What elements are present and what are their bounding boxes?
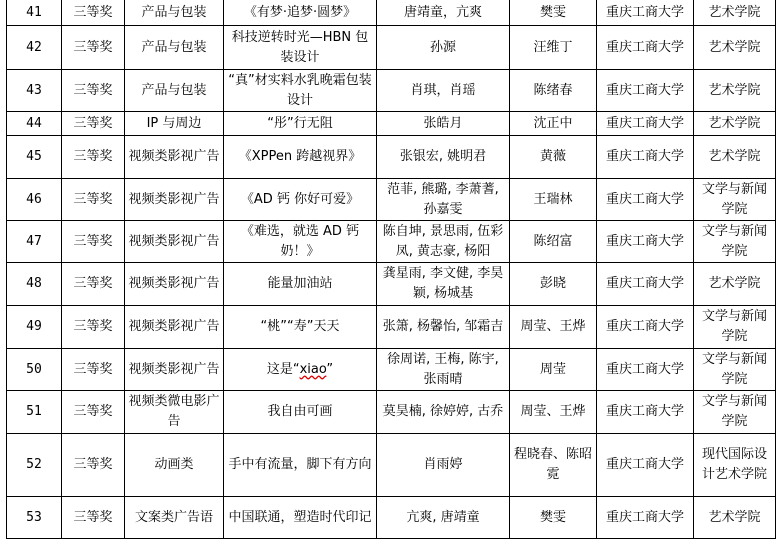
title-suffix: ”: [326, 362, 333, 377]
table-row: 49 三等奖 视频类影视广告 “桃”“寿”天天 张箫, 杨馨怡, 邹霜吉 周莹、…: [7, 306, 776, 349]
authors: 肖琪，肖瑶: [377, 70, 510, 112]
category: 动画类: [125, 434, 224, 497]
authors: 龚星雨, 李文健, 李昊颖, 杨城基: [377, 263, 510, 306]
college: 艺术学院: [694, 26, 776, 70]
advisor: 樊雯: [510, 497, 597, 539]
row-number: 44: [7, 112, 62, 136]
spellcheck-word: xiao: [300, 362, 327, 377]
award-level: 三等奖: [62, 221, 125, 263]
row-number: 41: [7, 0, 62, 26]
category: 视频类影视广告: [125, 263, 224, 306]
row-number: 46: [7, 179, 62, 221]
table-row: 48 三等奖 视频类影视广告 能量加油站 龚星雨, 李文健, 李昊颖, 杨城基 …: [7, 263, 776, 306]
college: 文学与新闻学院: [694, 221, 776, 263]
work-title: “桃”“寿”天天: [224, 306, 377, 349]
authors: 张银宏, 姚明君: [377, 136, 510, 179]
school: 重庆工商大学: [597, 221, 694, 263]
college: 艺术学院: [694, 497, 776, 539]
advisor: 黄薇: [510, 136, 597, 179]
authors: 张皓月: [377, 112, 510, 136]
authors: 范菲, 熊璐, 李萧蓍, 孙嘉雯: [377, 179, 510, 221]
category: 视频类影视广告: [125, 221, 224, 263]
school: 重庆工商大学: [597, 112, 694, 136]
school: 重庆工商大学: [597, 306, 694, 349]
work-title: 《AD 钙 你好可爱》: [224, 179, 377, 221]
table-row: 51 三等奖 视频类微电影广告 我自由可画 莫昊楠, 徐婷婷, 古乔 周莹、王烨…: [7, 391, 776, 434]
table-row: 53 三等奖 文案类广告语 中国联通，塑造时代印记 亢爽, 唐靖童 樊雯 重庆工…: [7, 497, 776, 539]
row-number: 45: [7, 136, 62, 179]
college: 艺术学院: [694, 70, 776, 112]
table-row: 41 三等奖 产品与包装 《有梦·追梦·圆梦》 唐靖童，亢爽 樊雯 重庆工商大学…: [7, 0, 776, 26]
school: 重庆工商大学: [597, 391, 694, 434]
authors: 孙源: [377, 26, 510, 70]
award-level: 三等奖: [62, 136, 125, 179]
advisor: 王瑞林: [510, 179, 597, 221]
category: IP 与周边: [125, 112, 224, 136]
table-row: 45 三等奖 视频类影视广告 《XPPen 跨越视界》 张银宏, 姚明君 黄薇 …: [7, 136, 776, 179]
category: 视频类影视广告: [125, 136, 224, 179]
advisor: 汪维丁: [510, 26, 597, 70]
school: 重庆工商大学: [597, 497, 694, 539]
college: 艺术学院: [694, 263, 776, 306]
award-level: 三等奖: [62, 391, 125, 434]
advisor: 樊雯: [510, 0, 597, 26]
college: 文学与新闻学院: [694, 179, 776, 221]
awards-table: 41 三等奖 产品与包装 《有梦·追梦·圆梦》 唐靖童，亢爽 樊雯 重庆工商大学…: [6, 0, 776, 539]
award-level: 三等奖: [62, 349, 125, 391]
category: 文案类广告语: [125, 497, 224, 539]
college: 艺术学院: [694, 136, 776, 179]
award-level: 三等奖: [62, 434, 125, 497]
table-row: 43 三等奖 产品与包装 “真”材实料水乳晚霜包装设计 肖琪，肖瑶 陈绪春 重庆…: [7, 70, 776, 112]
advisor: 程晓春、陈昭霓: [510, 434, 597, 497]
table-row: 47 三等奖 视频类影视广告 《难选，就选 AD 钙奶！》 陈自坤, 景思雨, …: [7, 221, 776, 263]
school: 重庆工商大学: [597, 70, 694, 112]
work-title: 手中有流量，脚下有方向: [224, 434, 377, 497]
award-level: 三等奖: [62, 263, 125, 306]
work-title: 科技逆转时光—HBN 包装设计: [224, 26, 377, 70]
college: 现代国际设计艺术学院: [694, 434, 776, 497]
advisor: 陈绍富: [510, 221, 597, 263]
school: 重庆工商大学: [597, 0, 694, 26]
award-level: 三等奖: [62, 70, 125, 112]
work-title: 《XPPen 跨越视界》: [224, 136, 377, 179]
school: 重庆工商大学: [597, 136, 694, 179]
college: 艺术学院: [694, 0, 776, 26]
category: 产品与包装: [125, 0, 224, 26]
advisor: 周莹、王烨: [510, 306, 597, 349]
table-row: 52 三等奖 动画类 手中有流量，脚下有方向 肖雨婷 程晓春、陈昭霓 重庆工商大…: [7, 434, 776, 497]
row-number: 43: [7, 70, 62, 112]
authors: 莫昊楠, 徐婷婷, 古乔: [377, 391, 510, 434]
row-number: 53: [7, 497, 62, 539]
work-title: “真”材实料水乳晚霜包装设计: [224, 70, 377, 112]
authors: 徐周诺, 王梅, 陈宇, 张雨晴: [377, 349, 510, 391]
award-level: 三等奖: [62, 179, 125, 221]
work-title: 能量加油站: [224, 263, 377, 306]
award-level: 三等奖: [62, 0, 125, 26]
table-row: 44 三等奖 IP 与周边 “彤”行无阻 张皓月 沈正中 重庆工商大学 艺术学院: [7, 112, 776, 136]
award-level: 三等奖: [62, 497, 125, 539]
table-row: 46 三等奖 视频类影视广告 《AD 钙 你好可爱》 范菲, 熊璐, 李萧蓍, …: [7, 179, 776, 221]
work-title: “彤”行无阻: [224, 112, 377, 136]
school: 重庆工商大学: [597, 179, 694, 221]
award-level: 三等奖: [62, 306, 125, 349]
row-number: 50: [7, 349, 62, 391]
category: 视频类微电影广告: [125, 391, 224, 434]
category: 视频类影视广告: [125, 349, 224, 391]
advisor: 沈正中: [510, 112, 597, 136]
college: 文学与新闻学院: [694, 349, 776, 391]
advisor: 周莹: [510, 349, 597, 391]
row-number: 52: [7, 434, 62, 497]
row-number: 51: [7, 391, 62, 434]
award-level: 三等奖: [62, 112, 125, 136]
work-title: 我自由可画: [224, 391, 377, 434]
authors: 陈自坤, 景思雨, 伍彩凤, 黄志豪, 杨阳: [377, 221, 510, 263]
school: 重庆工商大学: [597, 349, 694, 391]
row-number: 49: [7, 306, 62, 349]
advisor: 周莹、王烨: [510, 391, 597, 434]
advisor: 陈绪春: [510, 70, 597, 112]
row-number: 42: [7, 26, 62, 70]
work-title: 《有梦·追梦·圆梦》: [224, 0, 377, 26]
table-row: 50 三等奖 视频类影视广告 这是“xiao” 徐周诺, 王梅, 陈宇, 张雨晴…: [7, 349, 776, 391]
category: 产品与包装: [125, 26, 224, 70]
authors: 肖雨婷: [377, 434, 510, 497]
category: 视频类影视广告: [125, 306, 224, 349]
award-level: 三等奖: [62, 26, 125, 70]
row-number: 47: [7, 221, 62, 263]
college: 文学与新闻学院: [694, 306, 776, 349]
category: 产品与包装: [125, 70, 224, 112]
table-row: 42 三等奖 产品与包装 科技逆转时光—HBN 包装设计 孙源 汪维丁 重庆工商…: [7, 26, 776, 70]
school: 重庆工商大学: [597, 26, 694, 70]
row-number: 48: [7, 263, 62, 306]
authors: 张箫, 杨馨怡, 邹霜吉: [377, 306, 510, 349]
school: 重庆工商大学: [597, 434, 694, 497]
college: 文学与新闻学院: [694, 391, 776, 434]
title-prefix: 这是“: [267, 362, 300, 377]
authors: 唐靖童，亢爽: [377, 0, 510, 26]
school: 重庆工商大学: [597, 263, 694, 306]
work-title: 《难选，就选 AD 钙奶！》: [224, 221, 377, 263]
category: 视频类影视广告: [125, 179, 224, 221]
work-title: 中国联通，塑造时代印记: [224, 497, 377, 539]
work-title: 这是“xiao”: [224, 349, 377, 391]
authors: 亢爽, 唐靖童: [377, 497, 510, 539]
advisor: 彭晓: [510, 263, 597, 306]
college: 艺术学院: [694, 112, 776, 136]
